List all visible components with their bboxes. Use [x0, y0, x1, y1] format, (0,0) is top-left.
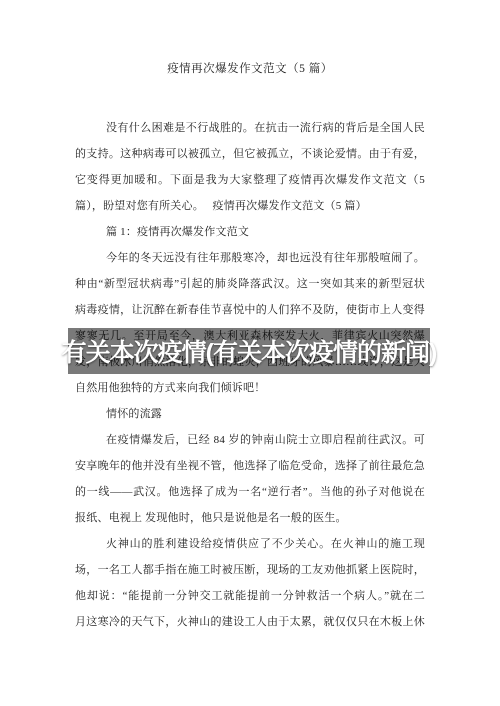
document-page: 疫情再次爆发作文范文（5 篇） 没有什么困难是不行战胜的。在抗击一流行病的背后是…: [0, 0, 500, 706]
text-line: 种由“新型冠状病毒”引起的肺炎降落武汉。这一突如其来的新型冠状: [75, 271, 425, 297]
text-line: 的一线——武汉。他选择了成为一名“逆行者”。当他的孙子对他说在: [75, 479, 425, 505]
document-body: 没有什么困难是不行战胜的。在抗击一流行病的背后是全国人民 的支持。这种病毒可以被…: [75, 115, 425, 635]
watermark-banner: 有关本次疫情(有关本次疫情的新闻): [68, 328, 430, 374]
text-line: 火神山的胜利建设给疫情供应了不少关心。在火神山的施工现: [75, 531, 425, 557]
text-line: 报纸、电视上 发现他时，他只是说他是名一般的医生。: [75, 505, 425, 531]
text-line: 自然用他独特的方式来向我们倾诉吧！: [75, 375, 425, 401]
text-line: 月这寒冷的天气下，火神山的建设工人由于太累，就仅仅只在木板上休: [75, 609, 425, 635]
text-line: 篇），盼望对您有所关心。 疫情再次爆发作文范文（5 篇）: [75, 193, 425, 219]
document-title: 疫情再次爆发作文范文（5 篇）: [0, 61, 500, 77]
text-line: 安享晚年的他并没有坐视不管，他选择了临危受命，选择了前往最危急: [75, 453, 425, 479]
text-line: 今年的冬天远没有往年那般寒冷，却也远没有往年那般喧闹了。一: [75, 245, 425, 271]
text-line: 他却说：“能提前一分钟交工就能提前一分钟救活一个病人。”就在二: [75, 583, 425, 609]
text-line: 情怀的流露: [75, 401, 425, 427]
text-line: 它变得更加暖和。下面是我为大家整理了疫情再次爆发作文范文（5: [75, 167, 425, 193]
text-line: 场，一名工人都手指在施工时被压断，现场的工友劝他抓紧上医院时，: [75, 557, 425, 583]
text-line: 没有什么困难是不行战胜的。在抗击一流行病的背后是全国人民: [75, 115, 425, 141]
text-line: 篇 1：疫情再次爆发作文范文: [75, 219, 425, 245]
text-line: 的支持。这种病毒可以被孤立，但它被孤立，不谈论爱情。由于有爱，: [75, 141, 425, 167]
text-line: 病毒疫情，让沉醉在新春佳节喜悦中的人们猝不及防，使街市上人变得: [75, 297, 425, 323]
watermark-text: 有关本次疫情(有关本次疫情的新闻): [62, 333, 437, 369]
text-line: 在疫情爆发后，已经 84 岁的钟南山院士立即启程前往武汉。可以: [75, 427, 425, 453]
